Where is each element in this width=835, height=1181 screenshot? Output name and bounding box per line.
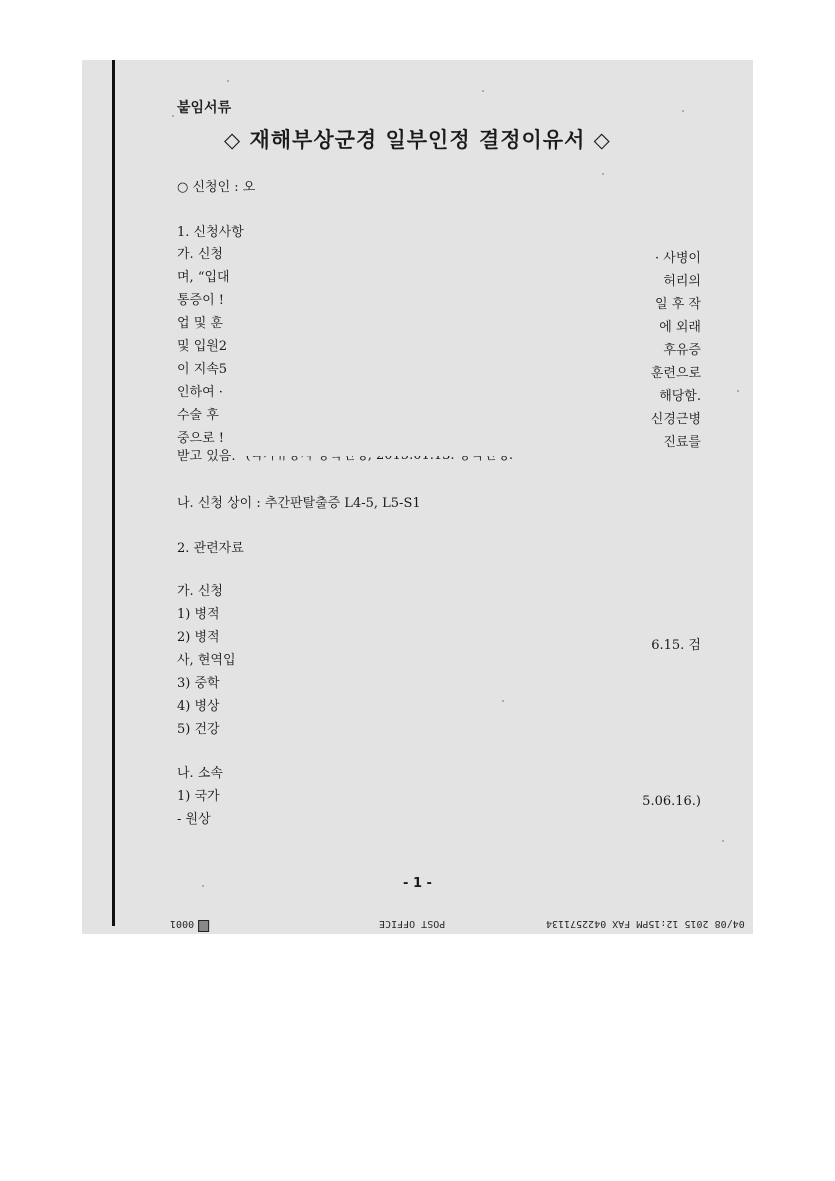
section-2-ga-item: 5) 건강 xyxy=(177,722,220,738)
scan-speck xyxy=(737,390,739,392)
section-2-na-item1-right: 5.06.16.) xyxy=(642,794,701,810)
section-2-na-item: 1) 국가 xyxy=(177,789,220,805)
section-2-group-ga-label: 가. 신청 xyxy=(177,584,223,600)
clipped-text-fragment: (국가유공자 등록신청, 2015.01.13. 공속신청. xyxy=(246,456,514,464)
section-1-last-line: 받고 있음.(국가유공자 등록신청, 2015.01.13. 공속신청. xyxy=(177,449,513,465)
attachment-label: 붙임서류 xyxy=(177,100,231,116)
section-1-line-left: 업 및 훈 xyxy=(177,316,223,332)
page-number: - 1 - xyxy=(82,876,753,892)
section-1-line-left: 가. 신청 xyxy=(177,247,223,263)
fax-transmission-footer: 0001 POST OFFICE 04/08 2015 12:15PM FAX … xyxy=(82,916,753,934)
fax-document-icon xyxy=(198,920,209,932)
scan-speck xyxy=(227,80,229,82)
fax-pages-text: 0001 xyxy=(170,918,194,929)
scan-speck xyxy=(172,115,174,117)
section-1-line-left: 수술 후 xyxy=(177,408,219,424)
section-1-line-right: · 사병이 xyxy=(655,251,701,267)
section-1-line-left: 통증이 ! xyxy=(177,293,224,309)
section-2-na-item: - 원상 xyxy=(177,812,211,828)
section-2-ga-item2-right: 6.15. 검 xyxy=(651,638,701,654)
clipped-text: (국가유공자 등록신청, 2015.01.13. 공속신청. xyxy=(246,456,514,464)
section-1-line-left: 며, “입대 xyxy=(177,270,230,286)
scan-speck xyxy=(202,885,204,887)
applicant-line: ○ 신청인 : 오 xyxy=(177,180,255,196)
scan-speck xyxy=(602,173,604,175)
section-2-ga-item: 4) 병상 xyxy=(177,699,220,715)
section-2-heading: 2. 관련자료 xyxy=(177,541,244,557)
scan-speck xyxy=(682,110,684,112)
scan-speck xyxy=(722,840,724,842)
fax-header: 04/08 2015 12:15PM FAX 0422571134 xyxy=(546,918,745,929)
claimed-injury-line: 나. 신청 상이 : 추간판탈출증 L4-5, L5-S1 xyxy=(177,496,421,512)
section-2-ga-item: 3) 중학 xyxy=(177,676,220,692)
last-line-head: 받고 있음. xyxy=(177,449,236,465)
section-2-group-na-label: 나. 소속 xyxy=(177,766,223,782)
scanned-fax-page: 붙임서류 ◇ 재해부상군경 일부인정 결정이유서 ◇ ○ 신청인 : 오 1. … xyxy=(82,60,753,934)
section-1-line-left: 인하여 · xyxy=(177,385,223,401)
section-1-line-right: 해당함. xyxy=(659,389,701,405)
section-2-ga-item: 사, 현역입 xyxy=(177,653,236,669)
section-1-line-right: 허리의 xyxy=(663,274,701,290)
section-1-line-right: 에 외래 xyxy=(659,320,701,336)
section-1-line-right: 훈련으로 xyxy=(651,366,701,382)
document-title: ◇ 재해부상군경 일부인정 결정이유서 ◇ xyxy=(224,126,611,154)
fax-page-count: 0001 xyxy=(170,918,213,932)
binding-margin-line xyxy=(112,60,115,926)
scan-speck xyxy=(502,700,504,702)
section-1-line-left: 및 입원2 xyxy=(177,339,227,355)
section-1-line-right: 후유증 xyxy=(663,343,701,359)
section-1-line-right: 진료를 xyxy=(663,435,701,451)
section-1-heading: 1. 신청사항 xyxy=(177,225,244,241)
scan-speck xyxy=(482,90,484,92)
section-1-line-left: 이 지속5 xyxy=(177,362,227,378)
section-1-line-right: 신경근병 xyxy=(651,412,701,428)
section-1-line-left: 중으로 ! xyxy=(177,431,224,447)
section-2-ga-item: 1) 병적 xyxy=(177,607,220,623)
fax-sender: POST OFFICE xyxy=(379,918,445,929)
section-2-ga-item: 2) 병적 xyxy=(177,630,220,646)
section-1-line-right: 일 후 작 xyxy=(655,297,701,313)
